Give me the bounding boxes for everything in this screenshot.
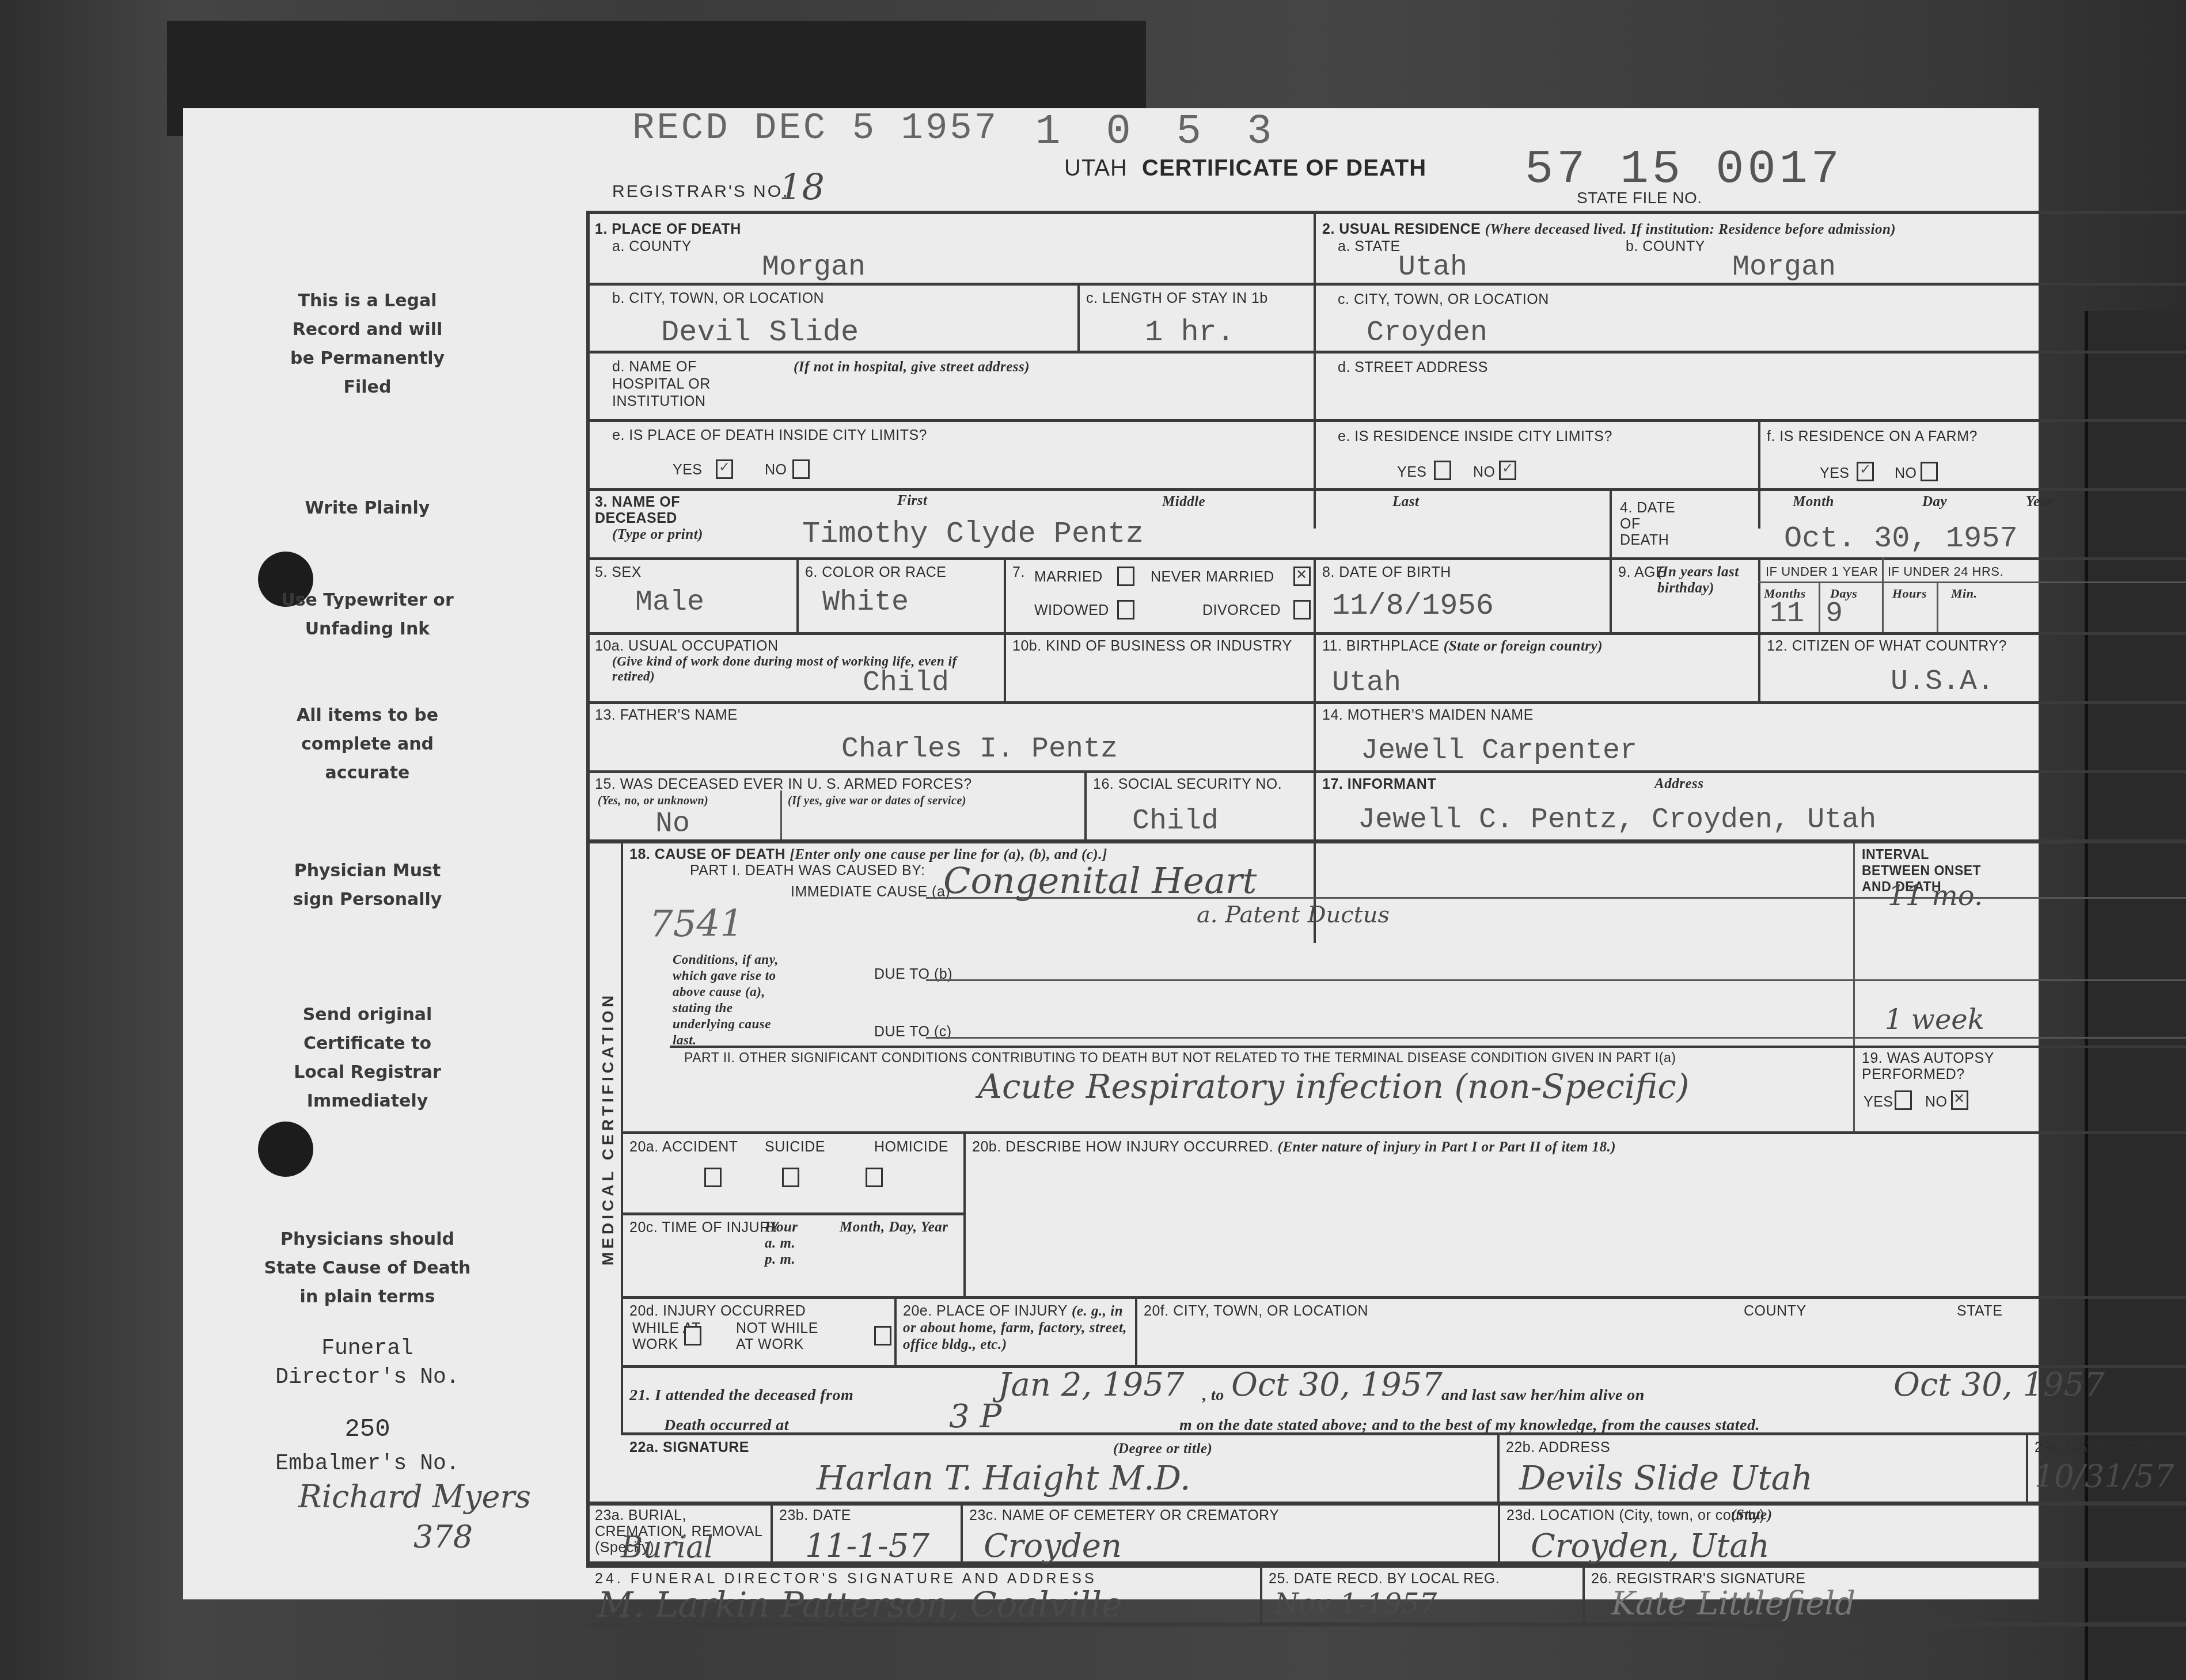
divider [586,701,2186,704]
citizen-value[interactable]: U.S.A. [1891,666,1994,698]
divider [586,1565,2186,1568]
medical-certification-label: MEDICAL CERTIFICATION [599,992,617,1265]
father-label: 13. FATHER'S NAME [595,707,738,724]
middle-label: Middle [1162,494,1205,510]
due-to-c-line [926,1037,1853,1039]
dob-label: 8. DATE OF BIRTH [1322,564,1451,581]
cemetery-value[interactable]: Croyden [984,1527,1122,1565]
sex-value[interactable]: Male [635,586,704,619]
injury-county-label: COUNTY [1744,1303,1807,1320]
stamp-number: 1 0 5 3 [1035,108,1282,155]
min-label: Min. [1951,586,1977,601]
part2-label: PART II. OTHER SIGNIFICANT CONDITIONS CO… [684,1050,1676,1066]
registrars-no-label: REGISTRAR'S NO. [612,182,789,202]
death-inside-city-no-label: NO [765,462,787,478]
title-prefix: UTAH [1064,155,1128,181]
to-label: , to [1202,1386,1224,1405]
married-label: MARRIED [1034,569,1103,586]
res-county-value[interactable]: Morgan [1732,251,1836,284]
divider [586,632,2186,635]
divider [1853,979,2186,981]
side-note-typewriter: Use Typewriter or Unfading Ink [281,586,454,644]
interval-a-value[interactable]: 11 mo. [1888,880,1983,912]
accident-label: 20a. ACCIDENT [629,1139,738,1156]
race-label: 6. COLOR OR RACE [805,564,947,581]
certificate-paper: This is a Legal Record and will be Perma… [183,108,2039,1599]
divider [1004,632,1006,701]
hospital-label: d. NAME OF HOSPITAL OR INSTITUTION [612,358,739,410]
part2-value[interactable]: Acute Respiratory infection (non-Specifi… [978,1067,1689,1106]
injury-occurred-label: 20d. INJURY OCCURRED [629,1303,806,1320]
divorced-label: DIVORCED [1202,602,1281,619]
res-farm-yes-label: YES [1820,465,1850,482]
divider [586,419,2186,422]
describe-injury-label: 20b. DESCRIBE HOW INJURY OCCURRED. (Ente… [972,1139,1616,1156]
divider [670,1046,2186,1048]
never-married-checkbox[interactable] [1293,567,1311,586]
divider [1498,1502,1500,1565]
burial-location-label: 23d. LOCATION (City, town, or county) [1506,1507,1764,1524]
divider [1758,557,1760,701]
res-inside-city-no-label: NO [1473,464,1496,481]
last-saw-label: and last saw her/him alive on [1441,1386,1645,1405]
divider [586,1502,2186,1506]
side-note-complete: All items to be complete and accurate [281,701,454,788]
death-inside-city-yes-label: YES [673,462,703,478]
accident-checkbox[interactable] [704,1168,722,1187]
divider [621,1213,965,1215]
res-farm-no-checkbox[interactable] [1921,462,1938,481]
injury-state-label: STATE [1957,1303,2002,1320]
burial-date-label: 23b. DATE [779,1507,851,1524]
attended-from-value[interactable]: Jan 2, 1957 [998,1366,1184,1404]
deceased-name-value[interactable]: Timothy Clyde Pentz [802,517,1144,551]
attended-to-value[interactable]: Oct 30, 1957 [1231,1366,1443,1404]
divider [1077,283,1080,351]
disposition-value[interactable]: Burial [621,1530,714,1565]
while-at-work-checkbox[interactable] [684,1326,701,1345]
armed-forces-value[interactable]: No [655,808,690,841]
citizen-label: 12. CITIZEN OF WHAT COUNTRY? [1767,638,2007,655]
burial-location-value[interactable]: Croyden, Utah [1531,1527,1770,1565]
divider [1084,770,1087,839]
hour-label: Hour [765,1219,798,1236]
received-stamp: RECD DEC 5 1957 [632,108,999,150]
divider [1497,1432,1500,1502]
race-value[interactable]: White [822,586,909,619]
burial-date-value[interactable]: 11-1-57 [805,1527,929,1565]
death-county-label: a. COUNTY [612,238,692,255]
divider [1582,1565,1585,1622]
registrars-no: 18 [779,166,825,208]
deceased-name-hint: (Type or print) [612,527,703,543]
birthplace-value[interactable]: Utah [1332,667,1401,700]
divider [586,839,2186,843]
hours-label: Hours [1892,586,1927,601]
divider [621,1296,2186,1299]
age-days-value[interactable]: 9 [1826,598,1843,630]
divider [2026,1432,2028,1502]
res-county-label: b. COUNTY [1626,238,1705,255]
informant-value[interactable]: Jewell C. Pentz, Croyden, Utah [1358,804,1876,837]
cause-code: 7541 [650,903,743,945]
res-farm-no-label: NO [1895,465,1917,482]
autopsy-label: 19. WAS AUTOPSY PERFORMED? [1862,1050,1994,1082]
cemetery-label: 23c. NAME OF CEMETERY OR CREMATORY [969,1507,1279,1524]
hospital-hint: (If not in hospital, give street address… [794,359,1030,375]
res-city-label: c. CITY, TOWN, OR LOCATION [1338,291,1549,308]
armed-forces-hint-1: (Yes, no, or unknown) [598,795,708,808]
physician-signature[interactable]: Harlan T. Haight M.D. [817,1458,1190,1497]
divider [1853,897,2186,899]
informant-label: 17. INFORMANT [1322,776,1436,793]
side-note-plain-terms: Physicians should State Cause of Death i… [264,1225,471,1312]
divider [1260,1565,1262,1622]
armed-forces-label: 15. WAS DECEASED EVER IN U. S. ARMED FOR… [595,776,972,793]
divider [621,839,623,1432]
res-inside-city-yes-label: YES [1397,464,1427,481]
physician-address-value[interactable]: Devils Slide Utah [1519,1458,1813,1497]
punch-hole [258,1122,313,1177]
under-1-year-label: IF UNDER 1 YEAR [1766,564,1878,579]
divider [1882,557,1884,632]
divider [586,488,2186,491]
death-time-value[interactable]: 3 P [949,1398,1001,1435]
divider [1314,212,1316,529]
divider [1758,419,1760,529]
side-note-write-plainly: Write Plainly [281,494,454,523]
divider [1314,557,1316,701]
dod-day-label: Day [1922,494,1947,510]
sex-label: 5. SEX [595,564,642,581]
death-city-value[interactable]: Devil Slide [661,316,859,349]
father-value[interactable]: Charles I. Pentz [841,733,1118,766]
married-checkbox[interactable] [1117,567,1134,586]
age-hint: (In years last birthday) [1657,564,1755,596]
embalmer-no: 378 [413,1519,473,1555]
occupation-label: 10a. USUAL OCCUPATION [595,638,778,655]
death-inside-city-yes-checkbox[interactable] [716,459,733,479]
date-recd-value[interactable]: Nov 1-1957 [1274,1588,1437,1620]
not-while-at-work-checkbox[interactable] [874,1326,891,1345]
death-county-value[interactable]: Morgan [762,251,866,284]
last-saw-value[interactable]: Oct 30, 1957 [1893,1366,2105,1404]
divider [771,1502,773,1565]
divider [796,557,799,632]
funeral-director-no-label: Funeral Director's No. [258,1335,477,1392]
embalmer-no-label: Embalmer's No. [258,1450,477,1478]
death-city-label: b. CITY, TOWN, OR LOCATION [612,290,824,307]
res-inside-city-yes-checkbox[interactable] [1434,461,1451,480]
attended-prefix: 21. I attended the deceased from [629,1386,853,1405]
place-of-death-label: 1. PLACE OF DEATH [595,221,741,238]
ssn-label: 16. SOCIAL SECURITY NO. [1093,776,1282,793]
place-of-injury-label: 20e. PLACE OF INJURY (e. g., in or about… [903,1303,1128,1353]
registrar-signature-value[interactable]: Kate Littlefield [1611,1585,1855,1622]
mdy-label: Month, Day, Year [840,1219,948,1236]
dod-year-label: Year [2026,494,2054,510]
physician-address-label: 22b. ADDRESS [1506,1439,1610,1456]
mother-value[interactable]: Jewell Carpenter [1361,735,1637,767]
suicide-label: SUICIDE [765,1139,825,1156]
autopsy-yes-checkbox[interactable] [1895,1090,1912,1110]
divider [1853,843,1855,1131]
side-note-physician-sign: Physician Must sign Personally [281,857,454,914]
date-signed-label: 22c. DATE SIGNED [2035,1439,2167,1456]
res-street-label: d. STREET ADDRESS [1338,359,1488,376]
res-state-label: a. STATE [1338,238,1401,255]
res-city-value[interactable]: Croyden [1367,317,1487,349]
funeral-director-no: 250 [258,1415,477,1444]
widowed-label: WIDOWED [1034,602,1109,619]
divider [586,1622,2186,1626]
informant-address-label: Address [1654,776,1703,792]
marital-label: 7. [1012,564,1025,581]
res-farm-label: f. IS RESIDENCE ON A FARM? [1767,428,1978,445]
divider [1937,581,1938,632]
side-note-send-original: Send original Certificate to Local Regis… [275,1001,460,1116]
res-farm-yes-checkbox[interactable] [1857,462,1874,481]
divider [1819,581,1820,632]
never-married-label: NEVER MARRIED [1151,569,1274,586]
am-label: a. m. [765,1236,795,1252]
res-inside-city-label: e. IS RESIDENCE INSIDE CITY LIMITS? [1338,428,1612,445]
divider [1853,1037,2186,1039]
usual-residence-label: 2. USUAL RESIDENCE (Where deceased lived… [1322,221,1896,238]
divider [1004,557,1006,632]
divider [621,1131,2186,1134]
due-to-b-line [926,979,1853,981]
embalmer-signature: Richard Myers [298,1478,531,1515]
death-inside-city-no-checkbox[interactable] [792,459,810,479]
occupation-value[interactable]: Child [863,667,949,700]
res-state-value[interactable]: Utah [1398,251,1467,284]
part1-label: PART I. DEATH WAS CAUSED BY: [690,862,925,879]
autopsy-no-checkbox[interactable] [1951,1090,1968,1110]
divider [780,790,782,839]
certificate-title: CERTIFICATE OF DEATH [1142,155,1426,181]
date-of-death-value[interactable]: Oct. 30, 1957 [1784,522,2018,556]
immediate-cause-value[interactable]: Congenital Heart [943,860,1257,902]
degree-label: (Degree or title) [1113,1441,1212,1457]
last-label: Last [1392,494,1419,510]
divider [586,283,2186,286]
divorced-checkbox[interactable] [1293,600,1311,619]
under-24-hrs-label: IF UNDER 24 HRS. [1888,564,2003,579]
autopsy-yes-label: YES [1864,1094,1893,1111]
state-file-no-label: STATE FILE NO. [1577,189,1702,207]
signature-label: 22a. SIGNATURE [629,1439,749,1456]
res-inside-city-no-checkbox[interactable] [1499,461,1516,480]
first-label: First [897,493,928,509]
autopsy-no-label: NO [1925,1094,1948,1111]
divider [961,1502,963,1565]
divider [894,1296,897,1365]
divider [621,1432,2186,1435]
time-of-injury-label: 20c. TIME OF INJURY [629,1219,780,1236]
length-of-stay-value[interactable]: 1 hr. [1145,316,1235,349]
divider [586,557,2186,560]
interval-part2-value[interactable]: 1 week [1885,1004,1984,1036]
date-recd-label: 25. DATE RECD. BY LOCAL REG. [1269,1571,1500,1587]
birthplace-label: 11. BIRTHPLACE (State or foreign country… [1322,638,1603,655]
burial-state-label: (State) [1731,1507,1773,1523]
pm-label: p. m. [765,1252,795,1268]
divider [1135,1296,1137,1365]
homicide-checkbox[interactable] [866,1168,883,1187]
business-label: 10b. KIND OF BUSINESS OR INDUSTRY [1012,638,1292,655]
immediate-cause-line2[interactable]: a. Patent Ductus [1197,902,1390,928]
date-signed-value[interactable]: 10/31/57 [2035,1458,2174,1495]
dod-month-label: Month [1793,494,1834,510]
length-of-stay-label: c. LENGTH OF STAY IN 1b [1086,290,1268,307]
ssn-value[interactable]: Child [1132,805,1219,838]
not-while-at-work-label: NOT WHILE AT WORK [736,1320,822,1352]
deceased-name-label: 3. NAME OF DECEASED [595,494,710,526]
funeral-director-sig-value[interactable]: M. Larkin Patterson, Coalville [598,1585,1122,1625]
death-inside-city-label: e. IS PLACE OF DEATH INSIDE CITY LIMITS? [612,427,927,444]
divider [586,770,2186,773]
divider [1758,581,2186,583]
dob-value[interactable]: 11/8/1956 [1332,589,1494,623]
conditions-hint: Conditions, if any, which gave rise to a… [673,952,794,1048]
mother-label: 14. MOTHER'S MAIDEN NAME [1322,707,1534,724]
divider [586,351,2186,354]
age-months-value[interactable]: 11 [1770,598,1804,630]
date-of-death-label: 4. DATE OF DEATH [1620,500,1689,548]
armed-forces-hint-2: (If yes, give war or dates of service) [788,795,966,808]
side-note-legal: This is a Legal Record and will be Perma… [281,287,454,402]
divider [1610,557,1612,632]
injury-city-label: 20f. CITY, TOWN, OR LOCATION [1144,1303,1368,1320]
homicide-label: HOMICIDE [874,1139,948,1156]
widowed-checkbox[interactable] [1117,600,1134,619]
suicide-checkbox[interactable] [782,1168,799,1187]
divider [1610,488,1612,557]
